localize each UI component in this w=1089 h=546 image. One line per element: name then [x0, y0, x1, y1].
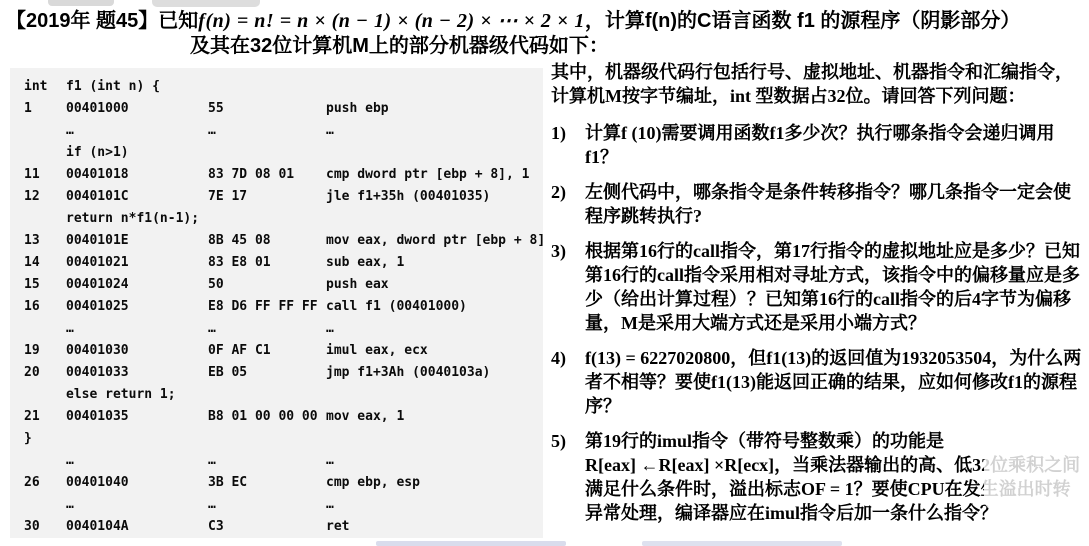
code-assembly: call f1 (00401000) [326, 296, 543, 318]
code-virtual-address: f1 (int n) { [66, 76, 208, 98]
code-assembly: … [326, 450, 543, 472]
scan-artifact-bottom-left [376, 541, 566, 546]
code-row: else return 1; [10, 384, 543, 406]
code-machine-bytes: 55 [208, 98, 326, 120]
code-machine-bytes: … [208, 120, 326, 142]
code-row: ……… [10, 120, 543, 142]
question-item: 3)根据第16行的call指令，第17行指令的虚拟地址应是多少？已知第16行的c… [551, 239, 1085, 335]
question-number: 1) [551, 121, 585, 169]
questions-intro: 其中，机器级代码行包括行号、虚拟地址、机器指令和汇编指令，计算机M按字节编址，i… [551, 60, 1085, 108]
code-line-number [24, 142, 66, 164]
code-assembly: jmp f1+3Ah (0040103a) [326, 362, 543, 384]
code-virtual-address: 00401030 [66, 340, 208, 362]
scan-artifact-top-center [152, 0, 260, 7]
code-row: 120040101C7E 17jle f1+35h (00401035) [10, 186, 543, 208]
code-virtual-address: … [66, 450, 208, 472]
code-line-number: 26 [24, 472, 66, 494]
code-row: 140040102183 E8 01sub eax, 1 [10, 252, 543, 274]
code-assembly [326, 208, 543, 230]
code-assembly: sub eax, 1 [326, 252, 543, 274]
code-machine-bytes: EB 05 [208, 362, 326, 384]
code-row: ……… [10, 318, 543, 340]
code-virtual-address: 0040101E [66, 230, 208, 252]
code-line-number [24, 318, 66, 340]
code-line-number: 13 [24, 230, 66, 252]
code-machine-bytes: … [208, 450, 326, 472]
code-virtual-address: 00401021 [66, 252, 208, 274]
question-number: 3) [551, 239, 585, 335]
code-virtual-address: 0040104A [66, 516, 208, 538]
code-assembly: … [326, 120, 543, 142]
code-virtual-address: return n*f1(n-1); [66, 208, 208, 230]
code-assembly [326, 428, 543, 450]
code-machine-bytes: 0F AF C1 [208, 340, 326, 362]
code-machine-bytes: 83 E8 01 [208, 252, 326, 274]
page-title: 【2019年 题45】已知f(n) = n! = n × (n − 1) × (… [6, 9, 1082, 59]
code-machine-bytes: … [208, 318, 326, 340]
code-assembly [326, 142, 543, 164]
code-machine-bytes [208, 428, 326, 450]
code-virtual-address [66, 428, 208, 450]
scan-artifact-top-left [48, 0, 114, 6]
code-row: 26004010403B ECcmp ebp, esp [10, 472, 543, 494]
question-number: 5) [551, 429, 585, 525]
code-row: ……… [10, 494, 543, 516]
code-row: } [10, 428, 543, 450]
code-row: intf1 (int n) { [10, 76, 543, 98]
code-virtual-address: 0040101C [66, 186, 208, 208]
title-suffix-text: ，计算f(n)的C语言函数 f1 的源程序（阴影部分） [585, 10, 1021, 32]
code-machine-bytes: C3 [208, 516, 326, 538]
question-number: 4) [551, 346, 585, 418]
code-assembly: ret [326, 516, 543, 538]
code-line-number: 14 [24, 252, 66, 274]
code-machine-bytes: 50 [208, 274, 326, 296]
question-text: 计算f (10)需要调用函数f1多少次？执行哪条指令会递归调用f1？ [585, 121, 1085, 169]
code-line-number: 11 [24, 164, 66, 186]
question-number: 2) [551, 180, 585, 228]
code-row: 1600401025E8 D6 FF FF FFcall f1 (0040100… [10, 296, 543, 318]
code-assembly: mov eax, 1 [326, 406, 543, 428]
code-row: 300040104AC3ret [10, 516, 543, 538]
question-text: f(13) = 6227020800，但f1(13)的返回值为193205350… [585, 346, 1085, 418]
code-virtual-address: if (n>1) [66, 142, 208, 164]
code-line-number [24, 208, 66, 230]
code-assembly: mov eax, dword ptr [ebp + 8] [326, 230, 543, 252]
code-virtual-address: … [66, 120, 208, 142]
code-virtual-address: 00401040 [66, 472, 208, 494]
code-machine-bytes [208, 76, 326, 98]
code-line-number: 21 [24, 406, 66, 428]
code-line-number: 20 [24, 362, 66, 384]
code-row: 130040101E8B 45 08mov eax, dword ptr [eb… [10, 230, 543, 252]
code-row: 150040102450push eax [10, 274, 543, 296]
scan-artifact-bottom-right [642, 541, 842, 546]
code-line-number: 1 [24, 98, 66, 120]
title-line-2: 及其在32位计算机M上的部分机器级代码如下： [190, 34, 1082, 59]
question-text: 左侧代码中，哪条指令是条件转移指令？哪几条指令一定会使程序跳转执行? [585, 180, 1085, 228]
code-line-number: 19 [24, 340, 66, 362]
question-item: 1)计算f (10)需要调用函数f1多少次？执行哪条指令会递归调用f1？ [551, 121, 1085, 169]
code-machine-bytes: E8 D6 FF FF FF [208, 296, 326, 318]
code-row: return n*f1(n-1); [10, 208, 543, 230]
code-row: ……… [10, 450, 543, 472]
code-assembly: … [326, 318, 543, 340]
code-line-number [24, 384, 66, 406]
code-assembly [326, 76, 543, 98]
code-machine-bytes [208, 208, 326, 230]
code-line-number [24, 494, 66, 516]
code-line-number: int [24, 76, 66, 98]
code-line-number [24, 450, 66, 472]
code-row: 19004010300F AF C1imul eax, ecx [10, 340, 543, 362]
code-virtual-address: 00401035 [66, 406, 208, 428]
code-machine-bytes: 7E 17 [208, 186, 326, 208]
question-item: 2)左侧代码中，哪条指令是条件转移指令？哪几条指令一定会使程序跳转执行? [551, 180, 1085, 228]
code-assembly: push ebp [326, 98, 543, 120]
code-machine-bytes: … [208, 494, 326, 516]
code-assembly: push eax [326, 274, 543, 296]
code-assembly [326, 384, 543, 406]
code-machine-bytes: 8B 45 08 [208, 230, 326, 252]
code-virtual-address: 00401018 [66, 164, 208, 186]
question-text: 根据第16行的call指令，第17行指令的虚拟地址应是多少？已知第16行的cal… [585, 239, 1085, 335]
code-assembly: … [326, 494, 543, 516]
code-row: 2100401035B8 01 00 00 00mov eax, 1 [10, 406, 543, 428]
code-virtual-address: 00401024 [66, 274, 208, 296]
code-machine-bytes [208, 142, 326, 164]
code-assembly: imul eax, ecx [326, 340, 543, 362]
code-line-number: 16 [24, 296, 66, 318]
code-line-number: } [24, 428, 66, 450]
code-listing: intf1 (int n) {10040100055push ebp………if … [10, 68, 543, 538]
code-row: if (n>1) [10, 142, 543, 164]
code-virtual-address: … [66, 494, 208, 516]
title-math-formula: f(n) = n! = n × (n − 1) × (n − 2) × ⋯ × … [198, 10, 585, 32]
code-line-number [24, 120, 66, 142]
code-machine-bytes: 3B EC [208, 472, 326, 494]
code-virtual-address: … [66, 318, 208, 340]
code-virtual-address: 00401000 [66, 98, 208, 120]
code-virtual-address: else return 1; [66, 384, 208, 406]
title-tag-text: 【2019年 题45】已知 [6, 10, 198, 32]
question-item: 4)f(13) = 6227020800，但f1(13)的返回值为1932053… [551, 346, 1085, 418]
code-assembly: jle f1+35h (00401035) [326, 186, 543, 208]
title-line-1: 【2019年 题45】已知f(n) = n! = n × (n − 1) × (… [6, 9, 1082, 34]
code-machine-bytes: B8 01 00 00 00 [208, 406, 326, 428]
watermark-overlay [984, 451, 1089, 511]
code-assembly: cmp ebp, esp [326, 472, 543, 494]
code-assembly: cmp dword ptr [ebp + 8], 1 [326, 164, 543, 186]
code-virtual-address: 00401025 [66, 296, 208, 318]
code-line-number: 12 [24, 186, 66, 208]
code-machine-bytes: 83 7D 08 01 [208, 164, 326, 186]
code-virtual-address: 00401033 [66, 362, 208, 384]
code-line-number: 15 [24, 274, 66, 296]
code-machine-bytes [208, 384, 326, 406]
code-line-number: 30 [24, 516, 66, 538]
code-row: 110040101883 7D 08 01cmp dword ptr [ebp … [10, 164, 543, 186]
code-row: 10040100055push ebp [10, 98, 543, 120]
code-row: 2000401033EB 05jmp f1+3Ah (0040103a) [10, 362, 543, 384]
